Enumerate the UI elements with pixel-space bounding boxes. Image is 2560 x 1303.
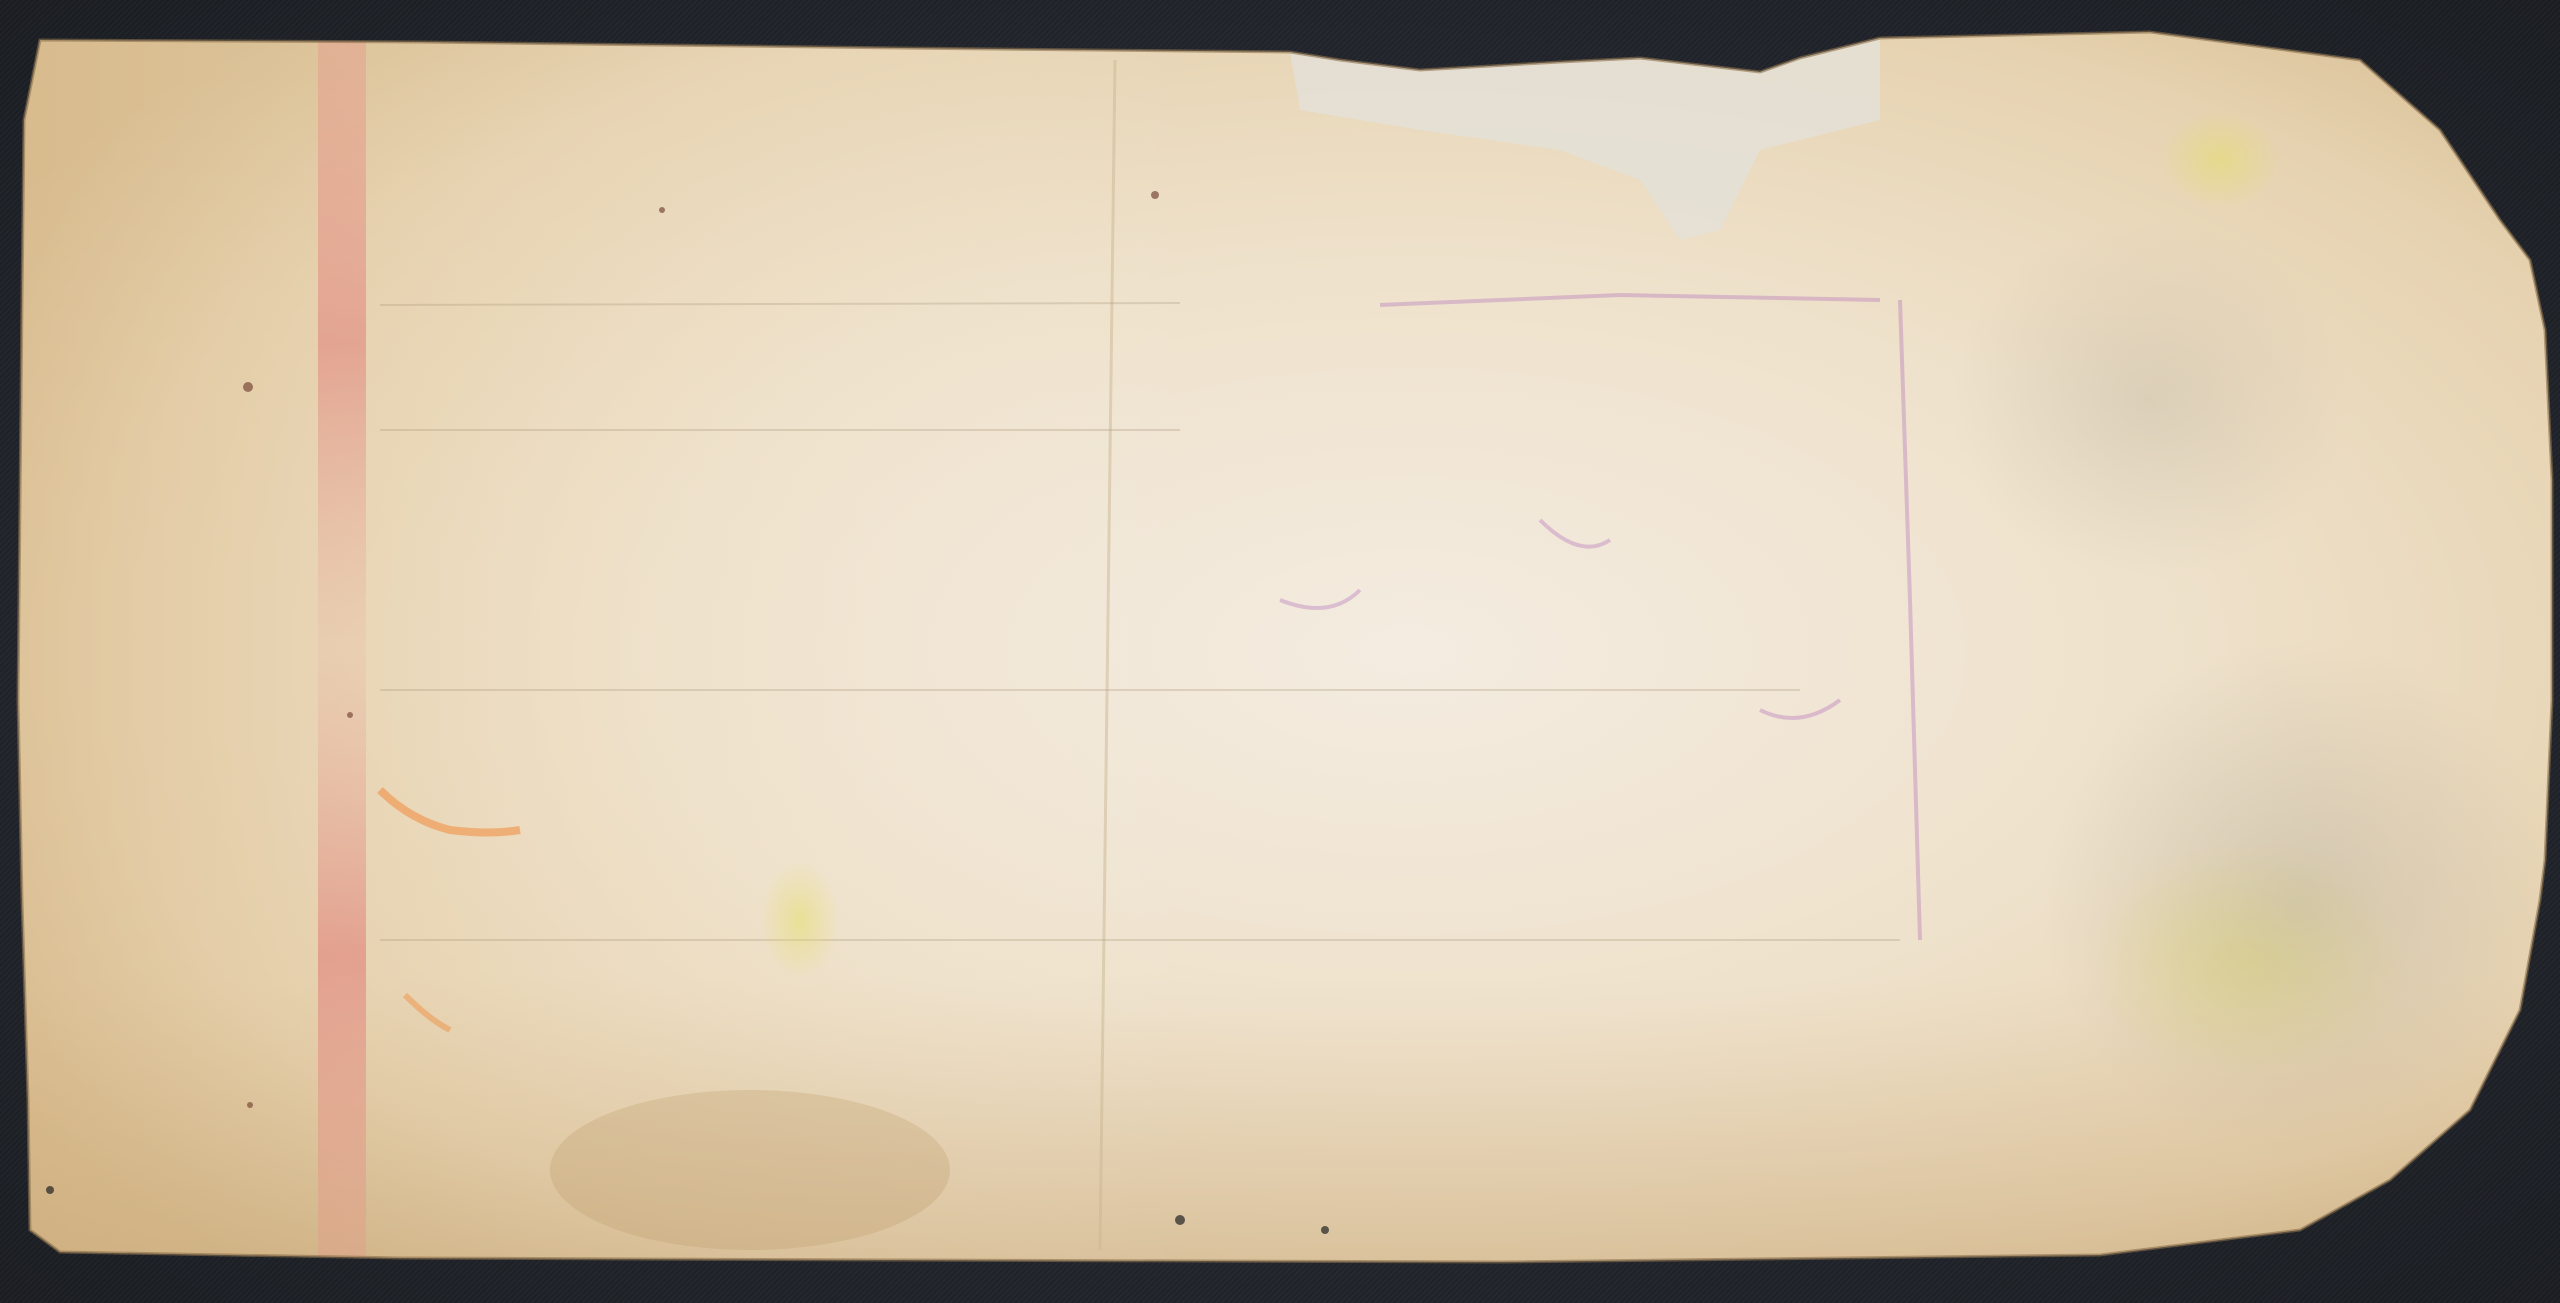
photo-scene: Back side of an aged, stained and torn p… <box>0 0 2560 1303</box>
paper-surface <box>0 0 2560 1303</box>
red-stripe-marking <box>318 40 366 1260</box>
aged-paper-document <box>0 0 2560 1303</box>
